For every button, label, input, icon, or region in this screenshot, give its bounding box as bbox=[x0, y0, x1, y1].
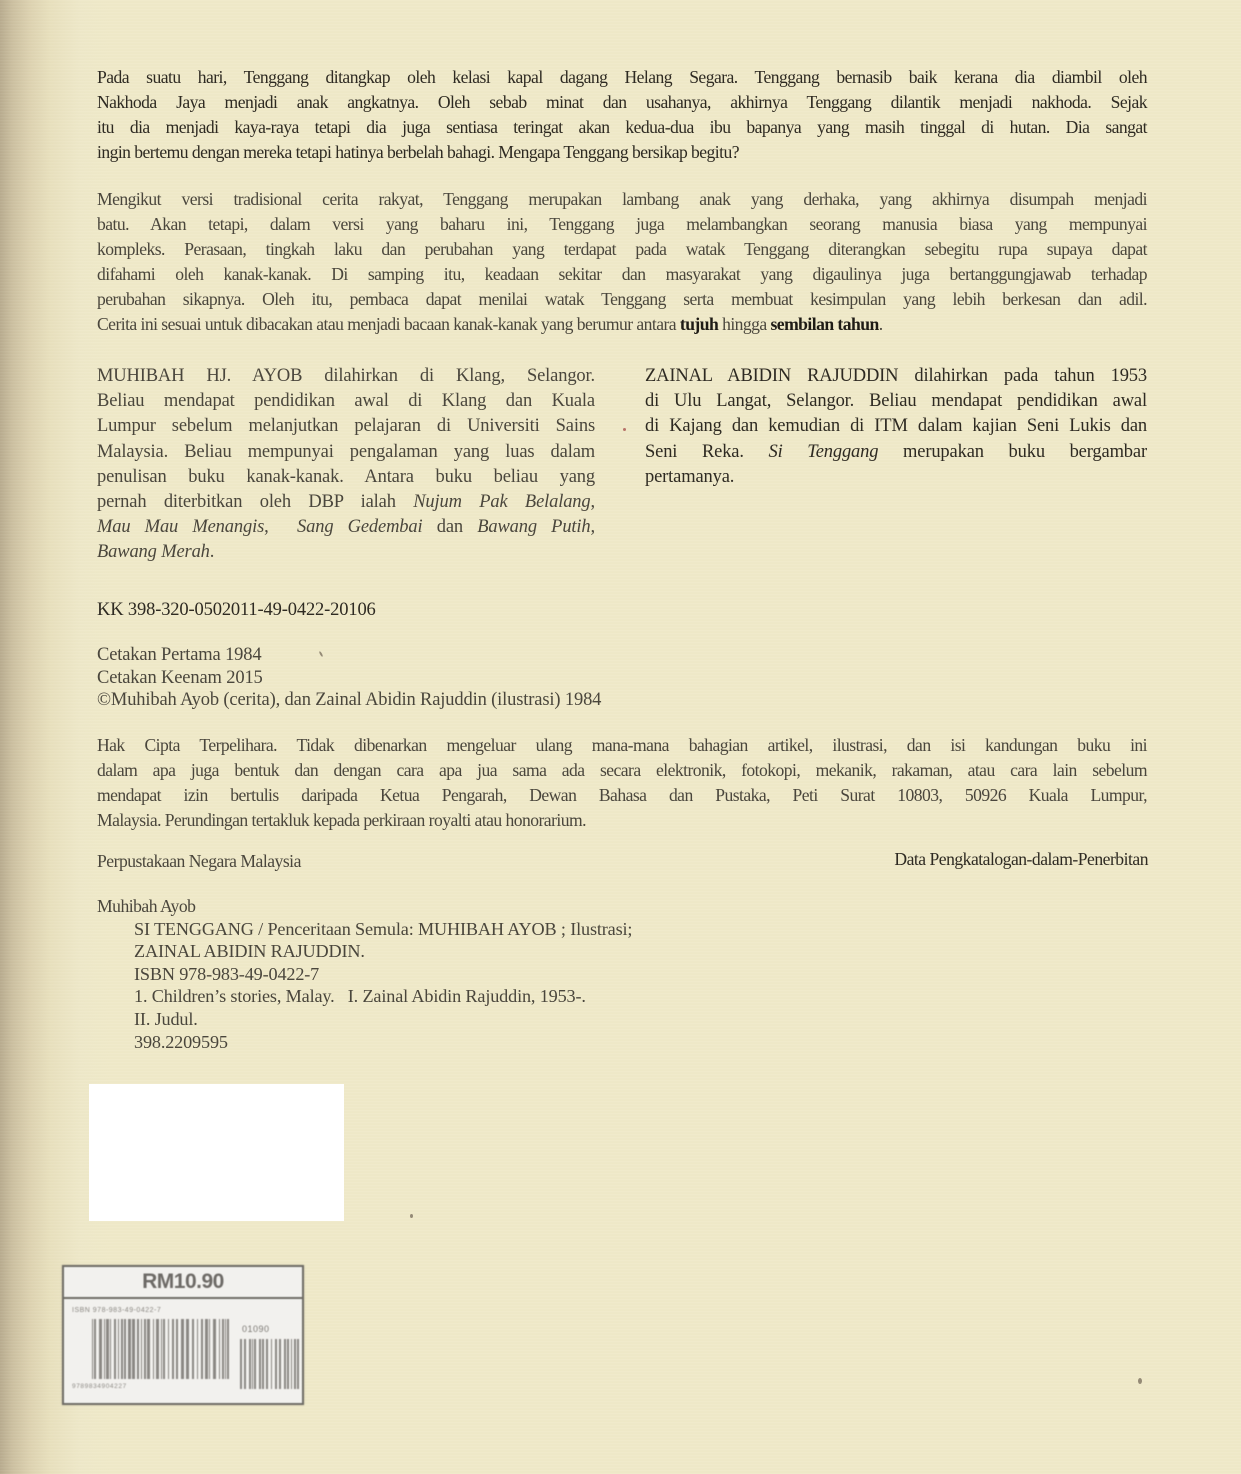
copyright-text: Muhibah Ayob (cerita), dan Zainal Abidin… bbox=[111, 690, 601, 710]
book-title: Nujum Pak Belalang bbox=[413, 492, 590, 512]
age-min: tujuh bbox=[680, 314, 718, 334]
conjunction: dan bbox=[423, 517, 478, 537]
cip-data-label: Data Pengkatalogan-dalam-Penerbitan bbox=[894, 847, 1148, 872]
sticker-isbn: ISBN 978-983-49-0422-7 bbox=[72, 1307, 161, 1314]
age-line-middle: hingga bbox=[718, 314, 770, 334]
rights-line: Malaysia. Perundingan tertakluk kepada p… bbox=[97, 808, 1147, 833]
illustrator-bio-line: di Kajang dan kemudian di ITM dalam kaji… bbox=[645, 414, 1147, 439]
synopsis-line: Pada suatu hari, Tenggang ditangkap oleh… bbox=[97, 65, 1147, 90]
author-bio-line: Lumpur sebelum melanjutkan pelajaran di … bbox=[97, 414, 595, 439]
synopsis-line: Nakhoda Jaya menjadi anak angkatnya. Ole… bbox=[97, 90, 1147, 115]
national-library-label: Perpustakaan Negara Malaysia bbox=[97, 849, 301, 874]
catalog-isbn: ISBN 978-983-49-0422-7 bbox=[97, 963, 632, 986]
barcode-digits: 9789834904227 bbox=[72, 1383, 127, 1390]
separator: , bbox=[264, 517, 297, 537]
catalog-illustrator: ZAINAL ABIDIN RAJUDDIN. bbox=[97, 940, 632, 963]
rights-line: mendapat izin bertulis daripada Ketua Pe… bbox=[97, 783, 1147, 808]
copyright-line: ©Muhibah Ayob (cerita), dan Zainal Abidi… bbox=[97, 689, 601, 712]
price-sticker: RM10.90 ISBN 978-983-49-0422-7 01090 978… bbox=[62, 1265, 304, 1405]
illustrator-bio-line: ZAINAL ABIDIN RAJUDDIN dilahirkan pada t… bbox=[645, 364, 1147, 389]
catalog-title: SI TENGGANG / Penceritaan Semula: MUHIBA… bbox=[97, 918, 632, 941]
author-bio-line: MUHIBAH HJ. AYOB dilahirkan di Klang, Se… bbox=[97, 364, 595, 389]
synopsis-line: batu. Akan tetapi, dalam versi yang baha… bbox=[97, 212, 1147, 237]
period: . bbox=[210, 542, 214, 562]
catalog-subjects: 1. Children’s stories, Malay. I. Zainal … bbox=[97, 985, 632, 1008]
illustrator-bio: ZAINAL ABIDIN RAJUDDIN dilahirkan pada t… bbox=[645, 364, 1147, 490]
first-printing: Cetakan Pertama 1984 bbox=[97, 644, 601, 667]
rights-notice: Hak Cipta Terpelihara. Tidak dibenarkan … bbox=[97, 733, 1147, 833]
illustrator-bio-line: pertamanya. bbox=[645, 465, 1147, 490]
separator: , bbox=[591, 492, 595, 512]
printing-history: Cetakan Pertama 1984 Cetakan Keenam 2015… bbox=[97, 644, 601, 712]
synopsis-paragraph-1: Pada suatu hari, Tenggang ditangkap oleh… bbox=[97, 65, 1147, 165]
book-title: Bawang Putih, bbox=[477, 517, 595, 537]
books-intro: pernah diterbitkan oleh DBP ialah bbox=[97, 492, 413, 512]
bio-text: merupakan buku bergambar bbox=[878, 442, 1147, 462]
copyright-icon: © bbox=[97, 690, 111, 710]
paper-speck bbox=[623, 428, 626, 431]
book-title: Sang Gedembai bbox=[297, 517, 422, 537]
sixth-printing: Cetakan Keenam 2015 bbox=[97, 667, 601, 690]
rights-line: dalam apa juga bentuk dan dengan cara ap… bbox=[97, 758, 1147, 783]
author-bio-line: pernah diterbitkan oleh DBP ialah Nujum … bbox=[97, 490, 595, 515]
paper-speck bbox=[410, 1214, 413, 1218]
author-bio-line: Mau Mau Menangis, Sang Gedembai dan Bawa… bbox=[97, 515, 595, 540]
addon-barcode-icon bbox=[238, 1339, 300, 1389]
synopsis-line: Mengikut versi tradisional cerita rakyat… bbox=[97, 187, 1147, 212]
author-bio-line: Beliau mendapat pendidikan awal di Klang… bbox=[97, 389, 595, 414]
synopsis-line: kompleks. Perasaan, tingkah laku dan per… bbox=[97, 237, 1147, 262]
book-title: Bawang Merah bbox=[97, 542, 210, 562]
kk-number: KK 398-320-0502011-49-0422-20106 bbox=[97, 598, 376, 623]
catalog-author: Muhibah Ayob bbox=[97, 895, 632, 918]
age-max: sembilan tahun bbox=[771, 314, 879, 334]
bio-text: Seni Reka. bbox=[645, 442, 769, 462]
synopsis-age-line: Cerita ini sesuai untuk dibacakan atau m… bbox=[97, 312, 1147, 337]
book-title: Si Tenggang bbox=[769, 442, 879, 462]
book-title: Mau Mau Menangis bbox=[97, 517, 264, 537]
author-bio: MUHIBAH HJ. AYOB dilahirkan di Klang, Se… bbox=[97, 364, 595, 566]
synopsis-line: itu dia menjadi kaya-raya tetapi dia jug… bbox=[97, 115, 1147, 140]
synopsis-line: ingin bertemu dengan mereka tetapi hatin… bbox=[97, 140, 1147, 165]
synopsis-paragraph-2: Mengikut versi tradisional cerita rakyat… bbox=[97, 187, 1147, 337]
catalog-classification: 398.2209595 bbox=[97, 1031, 632, 1054]
addon-code: 01090 bbox=[242, 1324, 270, 1334]
catalog-entry: Muhibah Ayob SI TENGGANG / Penceritaan S… bbox=[97, 895, 632, 1053]
catalog-title-heading: II. Judul. bbox=[97, 1008, 632, 1031]
blank-white-label bbox=[89, 1084, 344, 1221]
illustrator-bio-line: di Ulu Langat, Selangor. Beliau mendapat… bbox=[645, 389, 1147, 414]
price-text: RM10.90 bbox=[64, 1267, 302, 1299]
synopsis-line: perubahan sikapnya. Oleh itu, pembaca da… bbox=[97, 287, 1147, 312]
illustrator-bio-line: Seni Reka. Si Tenggang merupakan buku be… bbox=[645, 440, 1147, 465]
barcode-icon bbox=[90, 1319, 230, 1379]
author-bio-line: Malaysia. Beliau mempunyai pengalaman ya… bbox=[97, 440, 595, 465]
paper-speck bbox=[1138, 1378, 1142, 1384]
author-bio-line: penulisan buku kanak-kanak. Antara buku … bbox=[97, 465, 595, 490]
synopsis-line: difahami oleh kanak-kanak. Di samping it… bbox=[97, 262, 1147, 287]
age-line-prefix: Cerita ini sesuai untuk dibacakan atau m… bbox=[97, 314, 680, 334]
age-line-suffix: . bbox=[879, 314, 883, 334]
rights-line: Hak Cipta Terpelihara. Tidak dibenarkan … bbox=[97, 733, 1147, 758]
author-bio-line: Bawang Merah. bbox=[97, 540, 595, 565]
